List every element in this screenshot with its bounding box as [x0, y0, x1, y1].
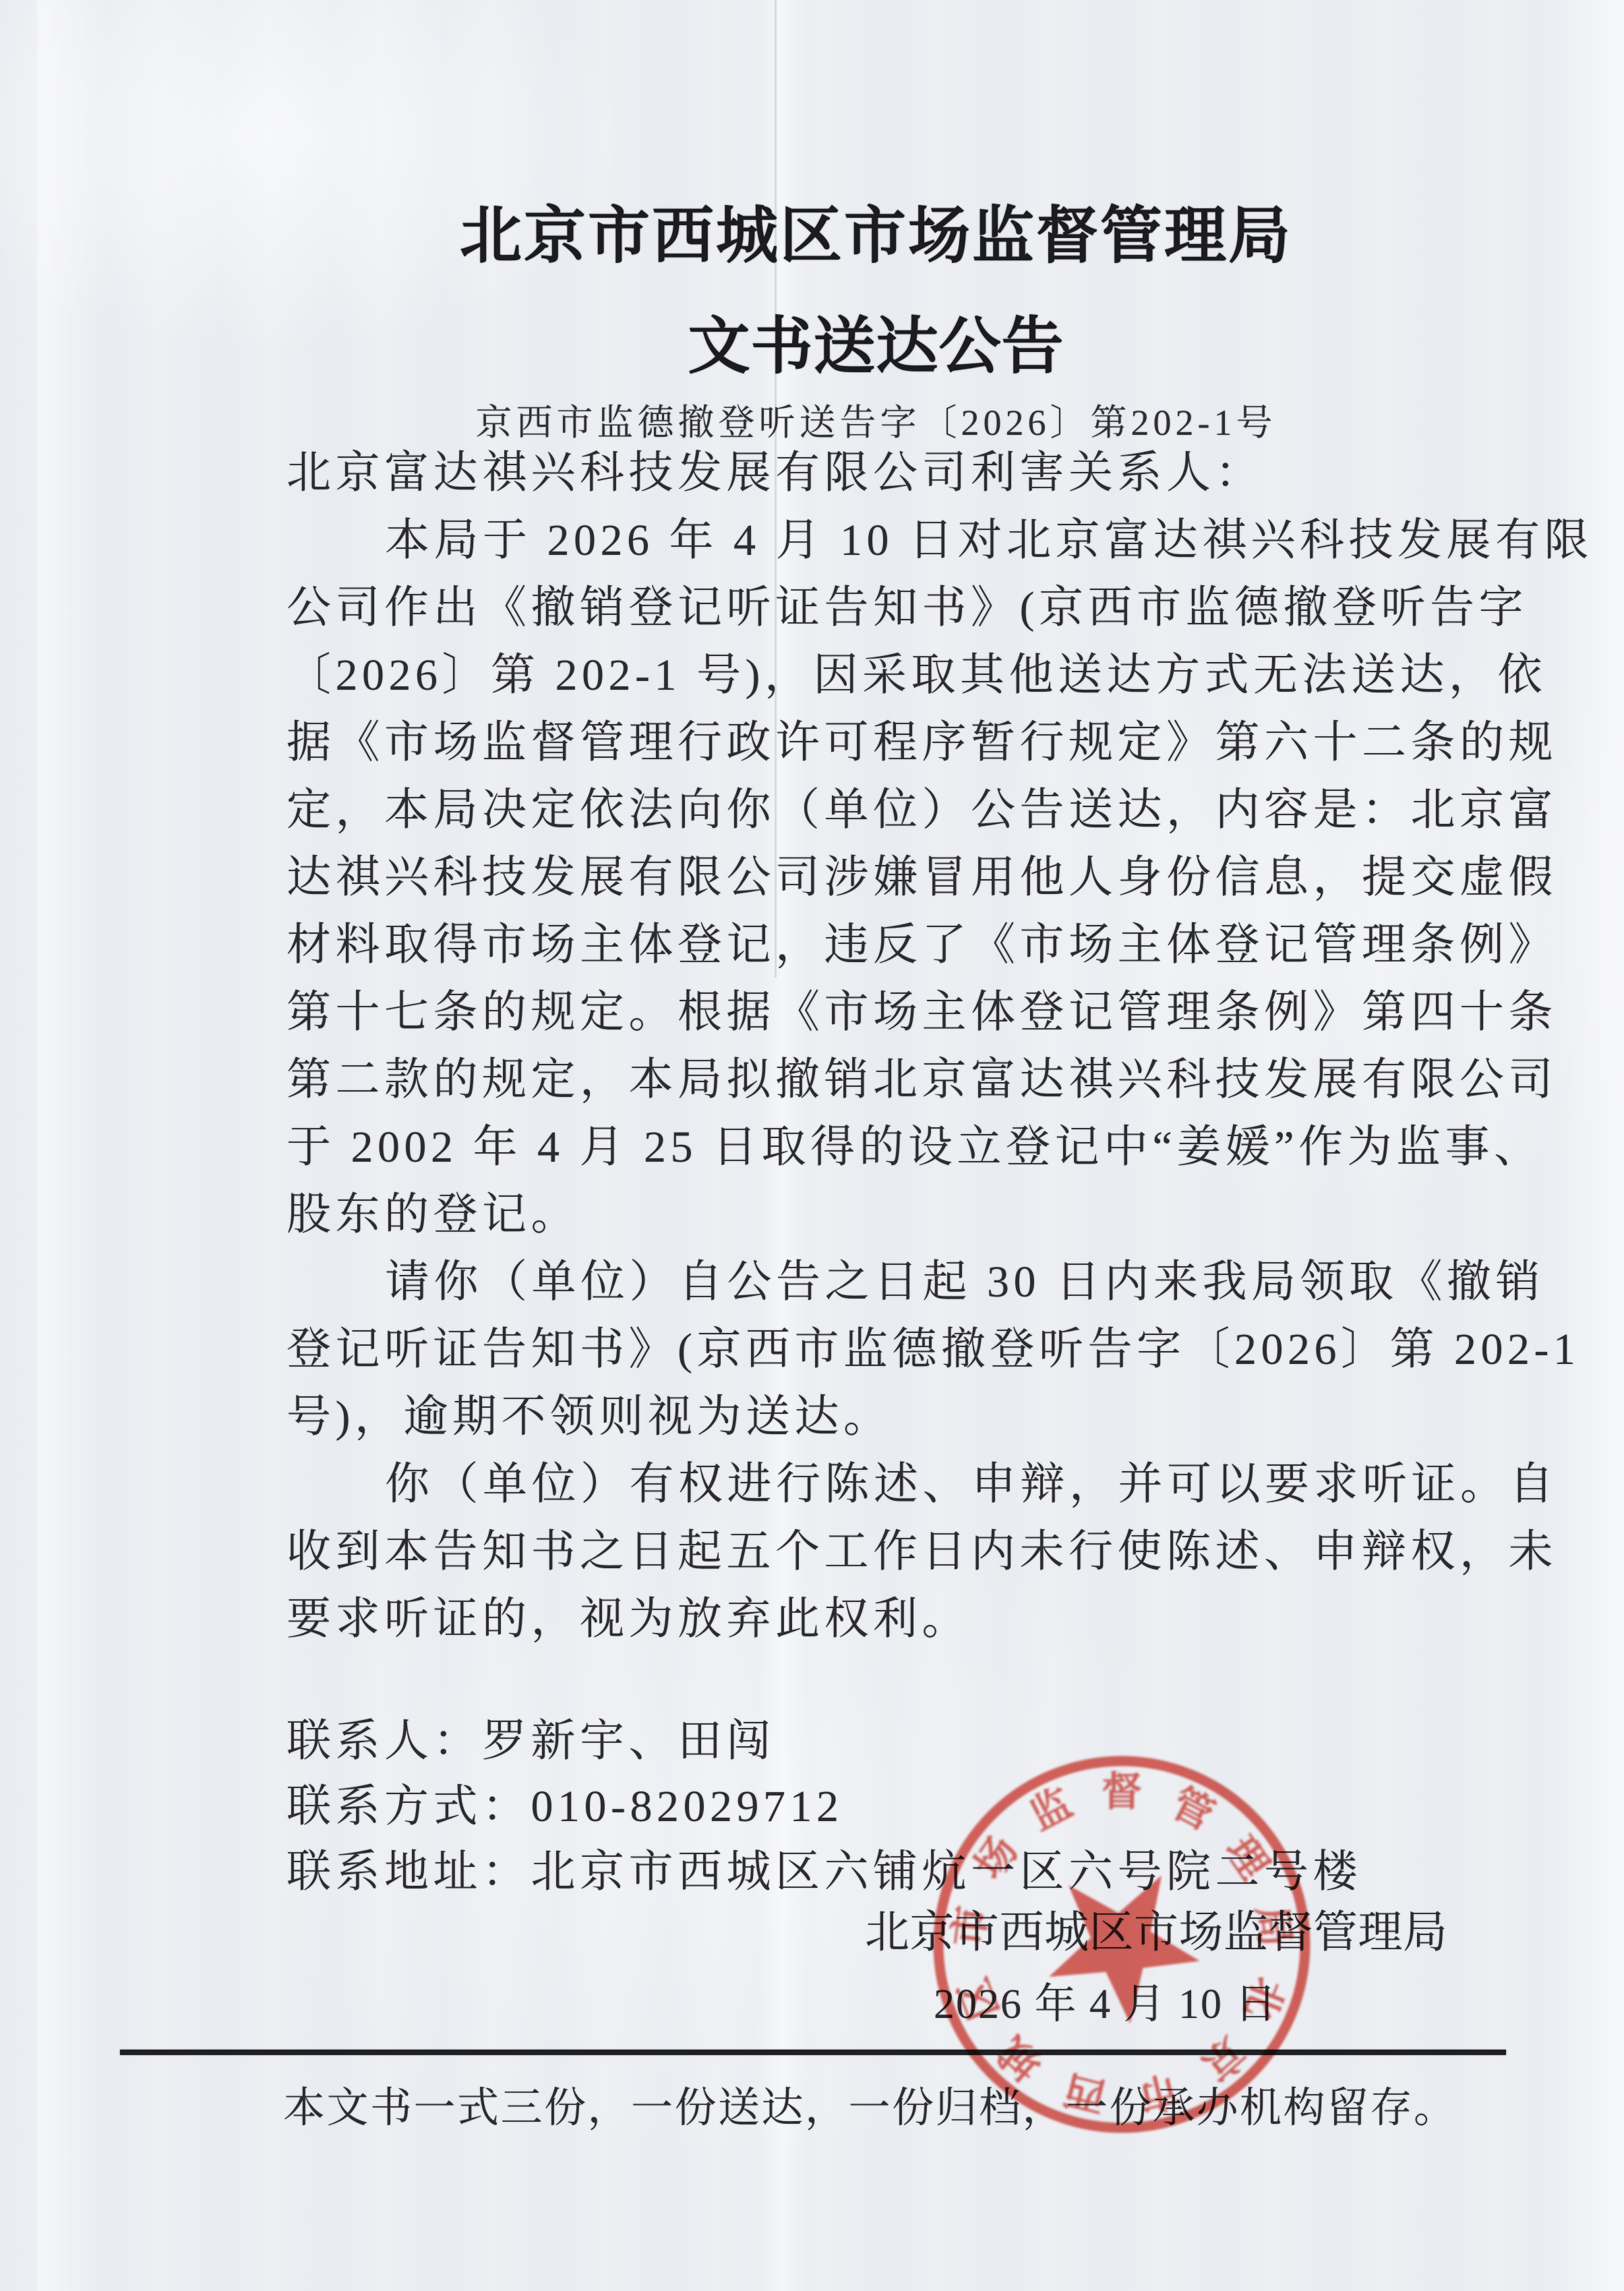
body-line: 达祺兴科技发展有限公司涉嫌冒用他人身份信息，提交虚假: [287, 844, 1486, 912]
seal-ring-char: 区: [951, 1971, 1007, 2025]
seal-ring-char: 市: [946, 1903, 995, 1949]
body-line: 收到本告知书之日起五个工作日内未行使陈述、申辩权，未: [287, 1518, 1486, 1586]
body-line: 〔2026〕第 202-1 号)，因采取其他送达方式无法送达，依: [287, 642, 1486, 709]
seal-ring-char: 西: [1060, 2066, 1110, 2118]
star-icon: [1024, 1838, 1227, 2038]
body-line: 公司作出《撤销登记听证告知书》(京西市监德撤登听告字: [287, 574, 1486, 642]
body-text: 北京富达祺兴科技发展有限公司利害关系人：本局于 2026 年 4 月 10 日对…: [287, 440, 1486, 1653]
body-line: 号)，逾期不领则视为送达。: [287, 1383, 1486, 1451]
body-line: 第十七条的规定。根据《市场主体登记管理条例》第四十条: [287, 979, 1486, 1046]
document-number: 京西市监德撤登听送告字〔2026〕第202-1号: [128, 394, 1624, 446]
seal-ring-char: 局: [1249, 1903, 1298, 1949]
body-line: 登记听证告知书》(京西市监德撤登听告字〔2026〕第 202-1: [287, 1316, 1486, 1383]
official-seal: 北京市西城区市场监督管理局: [911, 1734, 1332, 2155]
body-line: 第二款的规定，本局拟撤销北京富达祺兴科技发展有限公司: [287, 1046, 1486, 1114]
document-page: 北京市西城区市场监督管理局 文书送达公告 京西市监德撤登听送告字〔2026〕第2…: [0, 0, 1624, 2291]
document-title: 文书送达公告: [128, 297, 1624, 386]
body-line: 要求听证的，视为放弃此权利。: [287, 1586, 1486, 1653]
seal-ring-char: 市: [1133, 2066, 1183, 2118]
body-line: 股东的登记。: [287, 1181, 1486, 1249]
scan-artifact-left-band: [37, 0, 101, 2291]
body-line: 于 2002 年 4 月 25 日取得的设立登记中“姜媛”作为监事、: [287, 1114, 1486, 1181]
body-line: 你（单位）有权进行陈述、申辩，并可以要求听证。自: [287, 1451, 1486, 1518]
body-line: 定，本局决定依法向你（单位）公告送达，内容是：北京富: [287, 777, 1486, 844]
body-line: 请你（单位）自公告之日起 30 日内来我局领取《撤销: [287, 1249, 1486, 1316]
agency-title: 北京市西城区市场监督管理局: [128, 186, 1624, 275]
body-line: 本局于 2026 年 4 月 10 日对北京富达祺兴科技发展有限: [287, 507, 1486, 574]
seal-ring-char: 督: [1102, 1770, 1142, 1814]
body-line: 据《市场监督管理行政许可程序暂行规定》第六十二条的规: [287, 709, 1486, 777]
body-line: 北京富达祺兴科技发展有限公司利害关系人：: [287, 440, 1486, 507]
seal-ring-char: 北: [1236, 1971, 1292, 2025]
body-line: 材料取得市场主体登记，违反了《市场主体登记管理条例》: [287, 912, 1486, 979]
